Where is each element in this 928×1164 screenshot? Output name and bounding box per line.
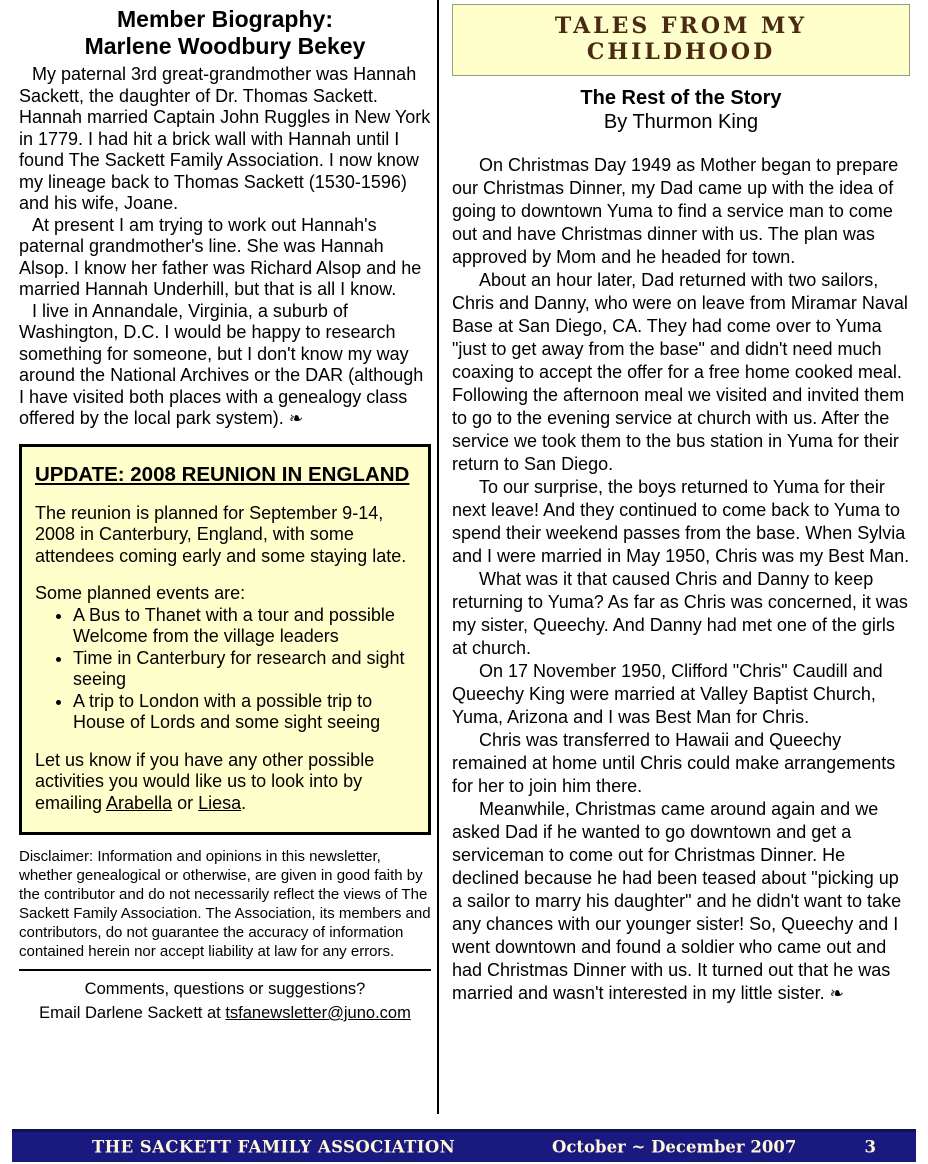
biography-title-line2: Marlene Woodbury Bekey [85, 33, 366, 59]
biography-title: Member Biography: Marlene Woodbury Bekey [19, 6, 431, 60]
contact-email-line: Email Darlene Sackett at tsfanewsletter@… [19, 1001, 431, 1025]
story-paragraph: On Christmas Day 1949 as Mother began to… [452, 154, 910, 269]
contact-block: Comments, questions or suggestions? Emai… [19, 977, 431, 1025]
update-reunion-box: UPDATE: 2008 REUNION IN ENGLAND The reun… [19, 444, 431, 836]
footer-association-name: THE SACKETT FAMILY ASSOCIATION [92, 1138, 432, 1157]
story-byline: By Thurmon King [452, 110, 910, 134]
fleuron-icon: ❧ [289, 409, 303, 428]
arabella-email-link[interactable]: Arabella [106, 793, 172, 813]
story-paragraph: What was it that caused Chris and Danny … [452, 568, 910, 660]
list-item: A Bus to Thanet with a tour and possible… [73, 605, 415, 648]
story-paragraph: About an hour later, Dad returned with t… [452, 269, 910, 476]
list-item: A trip to London with a possible trip to… [73, 691, 415, 734]
fleuron-icon: ❧ [830, 984, 844, 1003]
footer-issue-date: October ~ December 2007 [552, 1138, 792, 1157]
update-box-title: UPDATE: 2008 REUNION IN ENGLAND [35, 463, 415, 487]
right-column: TALES FROM MY CHILDHOOD The Rest of the … [452, 4, 910, 1005]
series-title-line1: TALES FROM MY [457, 13, 905, 39]
series-title-line2: CHILDHOOD [457, 39, 905, 65]
footer-page-number: 3 [865, 1138, 876, 1157]
update-box-outro: Let us know if you have any other possib… [35, 750, 415, 815]
story-paragraph: Chris was transferred to Hawaii and Quee… [452, 729, 910, 798]
series-title-box: TALES FROM MY CHILDHOOD [452, 4, 910, 76]
planned-events-list: A Bus to Thanet with a tour and possible… [35, 605, 415, 734]
story-paragraph: Meanwhile, Christmas came around again a… [452, 798, 910, 1005]
biography-paragraph: I live in Annandale, Virginia, a suburb … [19, 301, 431, 430]
disclaimer-text: Disclaimer: Information and opinions in … [19, 847, 431, 961]
story-paragraph: To our surprise, the boys returned to Yu… [452, 476, 910, 568]
left-column: Member Biography: Marlene Woodbury Bekey… [19, 6, 431, 1025]
newsletter-email-link[interactable]: tsfanewsletter@juno.com [225, 1004, 411, 1022]
contact-divider [19, 969, 431, 971]
biography-paragraph: At present I am trying to work out Hanna… [19, 215, 431, 301]
column-divider [437, 0, 439, 1114]
update-box-intro: The reunion is planned for September 9-1… [35, 503, 415, 568]
footer-bar: THE SACKETT FAMILY ASSOCIATION October ~… [12, 1129, 916, 1162]
biography-title-line1: Member Biography: [117, 6, 333, 32]
newsletter-page: Member Biography: Marlene Woodbury Bekey… [0, 0, 928, 1164]
story-body: On Christmas Day 1949 as Mother began to… [452, 154, 910, 1005]
biography-paragraph: My paternal 3rd great-grandmother was Ha… [19, 64, 431, 215]
update-box-events-label: Some planned events are: [35, 583, 415, 605]
liesa-email-link[interactable]: Liesa [198, 793, 241, 813]
contact-question-line: Comments, questions or suggestions? [19, 977, 431, 1001]
list-item: Time in Canterbury for research and sigh… [73, 648, 415, 691]
story-paragraph: On 17 November 1950, Clifford "Chris" Ca… [452, 660, 910, 729]
story-title: The Rest of the Story [452, 86, 910, 110]
